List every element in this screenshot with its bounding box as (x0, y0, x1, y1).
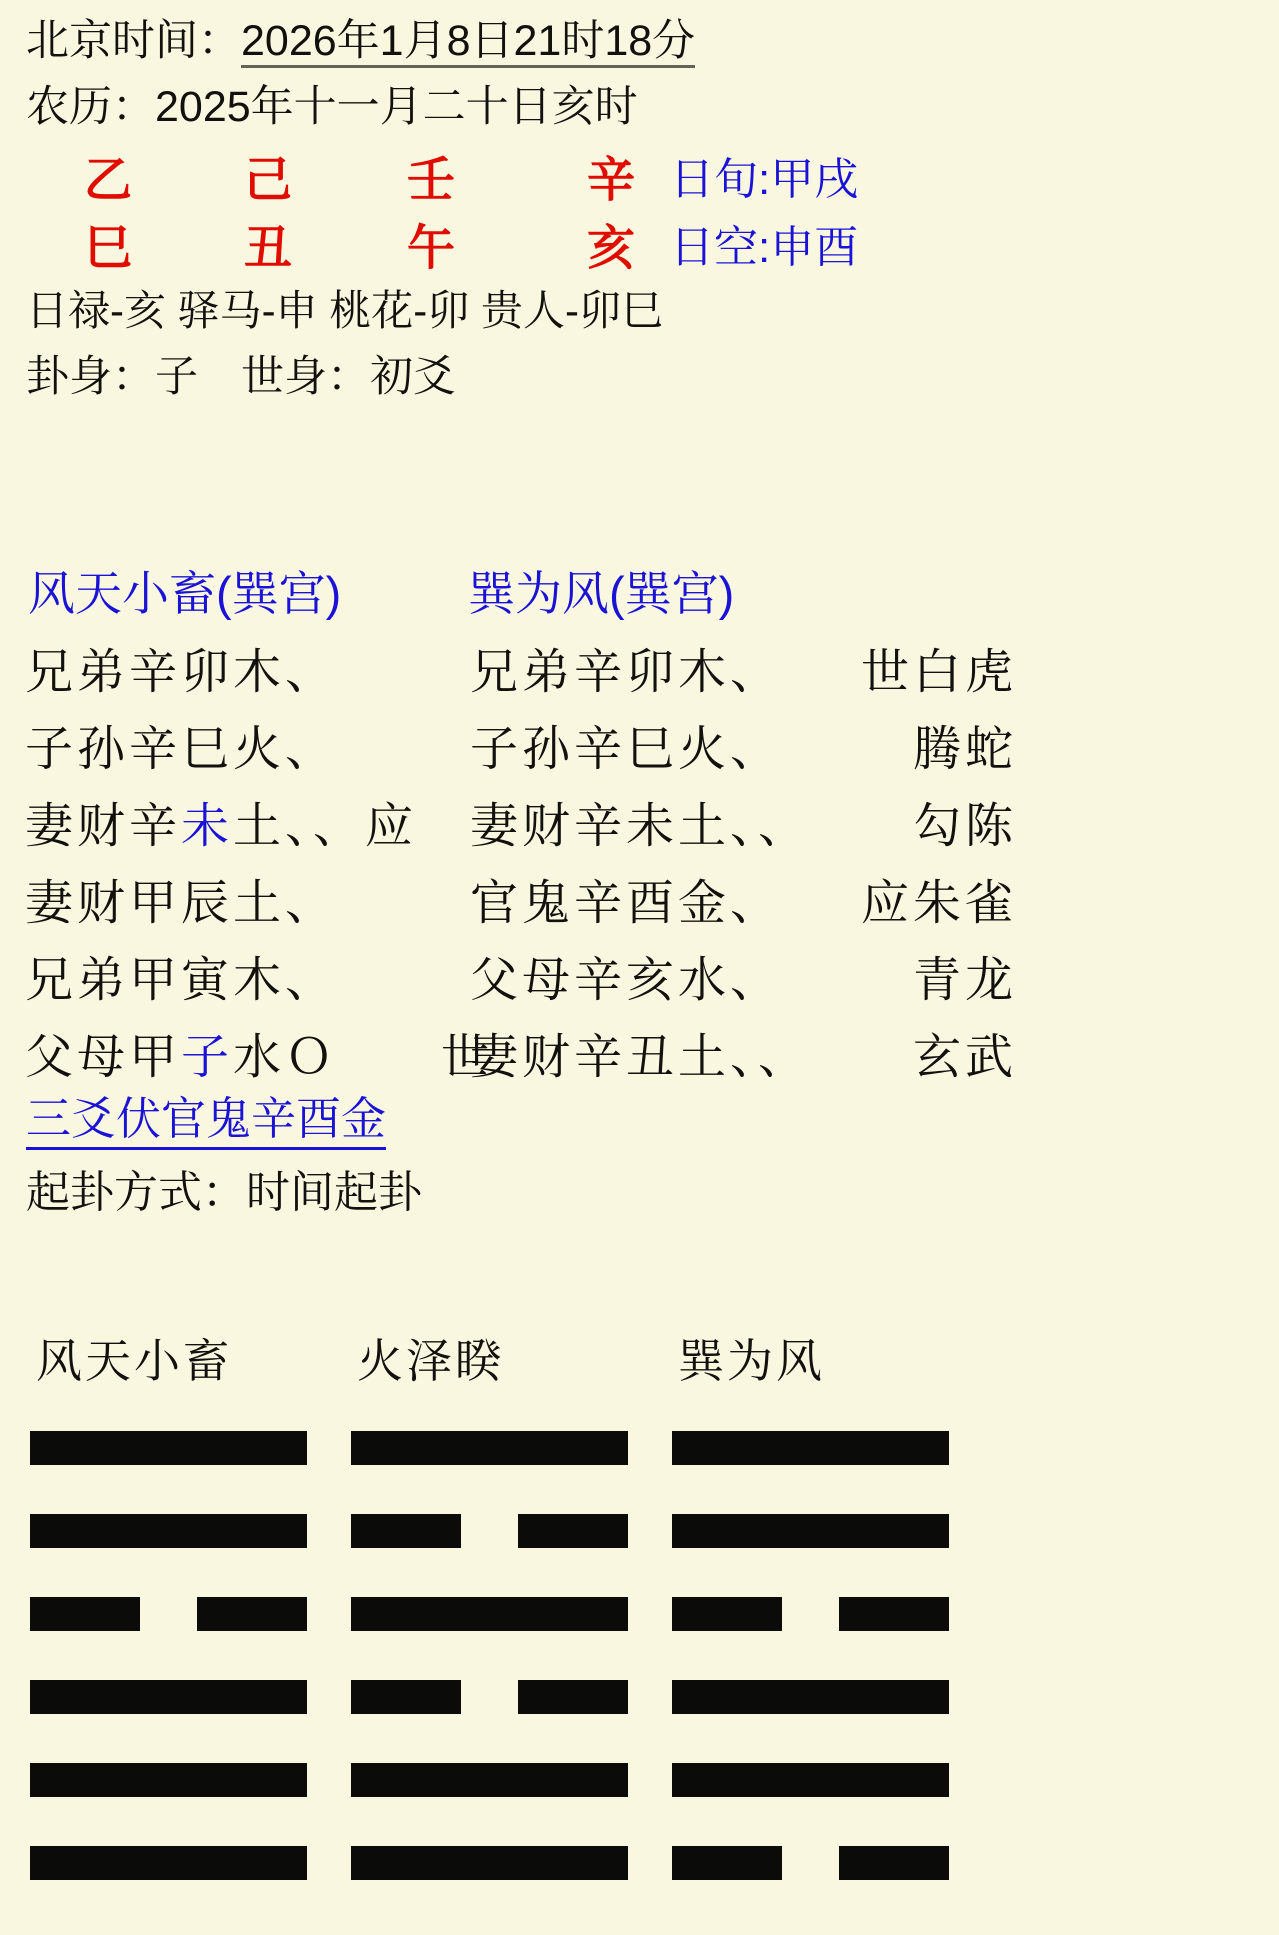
beijing-time-value-link[interactable]: 2026年1月8日21时18分 (241, 17, 695, 68)
header-info-block: 北京时间：2026年1月8日21时18分 农历：2025年十一月二十日亥时 乙 … (0, 0, 1279, 411)
yang-line-bar (351, 1763, 628, 1797)
yao-text-segment: 妻财甲辰土、 (25, 877, 337, 930)
fu-shen-link[interactable]: 三爻伏官鬼辛酉金 (26, 1091, 386, 1150)
yin-line-bar (672, 1597, 949, 1631)
yao-spirit-text: 青龙 (913, 941, 1017, 1010)
beijing-time-label: 北京时间： (26, 17, 241, 65)
fu-shen-line: 三爻伏官鬼辛酉金 (0, 1091, 1279, 1155)
stem-day: 壬 (407, 141, 454, 210)
yao-right-text: 妻财辛丑土、、 (470, 1018, 810, 1087)
hexagram-titles-row: 风天小畜(巽宫) 巽为风(巽宫) (0, 557, 1279, 619)
yao-left-text: 父母甲子水Ｏ 世 (25, 1018, 493, 1087)
yin-line-bar (30, 1597, 307, 1631)
yao-text-segment: 父母甲 (25, 1031, 181, 1084)
yin-line-bar (672, 1846, 949, 1880)
yin-line-segment (839, 1597, 949, 1631)
yin-line-segment (672, 1597, 782, 1631)
main-hexagram-title: 风天小畜(巽宫) (28, 557, 341, 624)
yang-line-bar (351, 1431, 628, 1465)
yin-line-segment (518, 1680, 628, 1714)
diagram-name: 火泽睽 (351, 1335, 628, 1387)
diagram-main-hexagram: 风天小畜 (30, 1335, 307, 1929)
yao-left-text: 妻财辛未土、、应 (25, 787, 417, 856)
yao-right-text: 妻财辛未土、、 (470, 787, 810, 856)
yang-line-bar (30, 1763, 307, 1797)
yang-line-bar (30, 1846, 307, 1880)
yao-spirit-text: 玄武 (913, 1018, 1017, 1087)
yin-line-segment (518, 1514, 628, 1548)
yao-text-segment: 兄弟甲寅木、 (25, 954, 337, 1007)
diagram-name: 风天小畜 (30, 1335, 307, 1387)
yao-row-6: 兄弟辛卯木、 兄弟辛卯木、 世白虎 (0, 619, 1279, 696)
yao-spirit-text: 世白虎 (861, 633, 1017, 702)
yao-spirit-text: 勾陈 (913, 787, 1017, 856)
yao-text-segment: 水Ｏ 世 (233, 1031, 493, 1084)
lunar-date-line: 农历：2025年十一月二十日亥时 (0, 74, 1279, 141)
yao-text-segment: 兄弟辛卯木、 (25, 646, 337, 699)
yin-line-segment (351, 1680, 461, 1714)
casting-method-line: 起卦方式：时间起卦 (0, 1161, 1279, 1225)
yao-left-text: 子孙辛巳火、 (25, 710, 337, 779)
yang-line-bar (351, 1597, 628, 1631)
yao-text-segment: 土、、应 (233, 800, 417, 853)
branch-day: 午 (407, 209, 454, 278)
yao-row-2: 兄弟甲寅木、 父母辛亥水、 青龙 (0, 927, 1279, 1004)
yin-line-segment (30, 1597, 140, 1631)
branch-year: 巳 (84, 209, 131, 278)
changed-hexagram-title: 巽为风(巽宫) (468, 557, 734, 624)
yin-line-segment (672, 1846, 782, 1880)
yin-line-segment (197, 1597, 307, 1631)
yin-line-bar (351, 1680, 628, 1714)
heavenly-stems-row: 乙 己 壬 辛 日旬:甲戌 (0, 141, 1279, 209)
yin-line-segment (839, 1846, 949, 1880)
yao-row-5: 子孙辛巳火、 子孙辛巳火、 腾蛇 (0, 696, 1279, 773)
yang-line-bar (672, 1514, 949, 1548)
yang-line-bar (30, 1431, 307, 1465)
branch-hour: 亥 (587, 209, 634, 278)
yang-line-bar (672, 1431, 949, 1465)
yao-text-segment: 妻财辛 (25, 800, 181, 853)
yang-line-bar (351, 1846, 628, 1880)
yin-line-segment (351, 1514, 461, 1548)
highlighted-branch-char: 未 (181, 800, 233, 853)
gua-shen-line: 卦身：子 世身：初爻 (0, 344, 1279, 411)
highlighted-branch-char: 子 (181, 1031, 233, 1084)
stem-month: 己 (244, 141, 291, 210)
yao-row-4: 妻财辛未土、、应 妻财辛未土、、 勾陈 (0, 773, 1279, 850)
diagram-changed-hexagram: 巽为风 (672, 1335, 949, 1929)
yao-right-text: 子孙辛巳火、 (470, 710, 782, 779)
stem-hour: 辛 (587, 141, 634, 210)
beijing-time-line: 北京时间：2026年1月8日21时18分 (0, 8, 1279, 74)
branch-month: 丑 (244, 209, 291, 278)
stem-year: 乙 (84, 141, 131, 210)
diagram-name: 巽为风 (672, 1335, 949, 1387)
hexagram-diagrams-section: 风天小畜 火泽睽 巽为风 (0, 1335, 1279, 1895)
hexagram-lines (30, 1431, 307, 1880)
yang-line-bar (30, 1680, 307, 1714)
day-xun-note: 日旬:甲戌 (670, 143, 858, 207)
yao-row-1: 父母甲子水Ｏ 世 妻财辛丑土、、 玄武 (0, 1004, 1279, 1081)
yao-left-text: 兄弟甲寅木、 (25, 941, 337, 1010)
hexagram-lines (672, 1431, 949, 1880)
yao-rows-block: 兄弟辛卯木、 兄弟辛卯木、 世白虎 子孙辛巳火、 子孙辛巳火、 腾蛇 妻财辛未土… (0, 619, 1279, 1081)
yao-spirit-text: 应朱雀 (861, 864, 1017, 933)
yao-row-3: 妻财甲辰土、 官鬼辛酉金、 应朱雀 (0, 850, 1279, 927)
yao-right-text: 兄弟辛卯木、 (470, 633, 782, 702)
shensha-line: 日禄-亥 驿马-申 桃花-卯 贵人-卯巳 (0, 277, 1279, 344)
yang-line-bar (672, 1763, 949, 1797)
day-kong-note: 日空:申酉 (670, 211, 858, 275)
yao-text-segment: 子孙辛巳火、 (25, 723, 337, 776)
yao-left-text: 兄弟辛卯木、 (25, 633, 337, 702)
diagram-mutual-hexagram: 火泽睽 (351, 1335, 628, 1929)
hexagram-lines (351, 1431, 628, 1880)
earthly-branches-row: 巳 丑 午 亥 日空:申酉 (0, 209, 1279, 277)
yang-line-bar (672, 1680, 949, 1714)
yin-line-bar (351, 1514, 628, 1548)
yao-spirit-text: 腾蛇 (913, 710, 1017, 779)
yang-line-bar (30, 1514, 307, 1548)
yao-left-text: 妻财甲辰土、 (25, 864, 337, 933)
yao-right-text: 官鬼辛酉金、 (470, 864, 782, 933)
yao-right-text: 父母辛亥水、 (470, 941, 782, 1010)
liuyao-divination-page: { "colors": { "background": "#FAF7E1", "… (0, 0, 1279, 1935)
